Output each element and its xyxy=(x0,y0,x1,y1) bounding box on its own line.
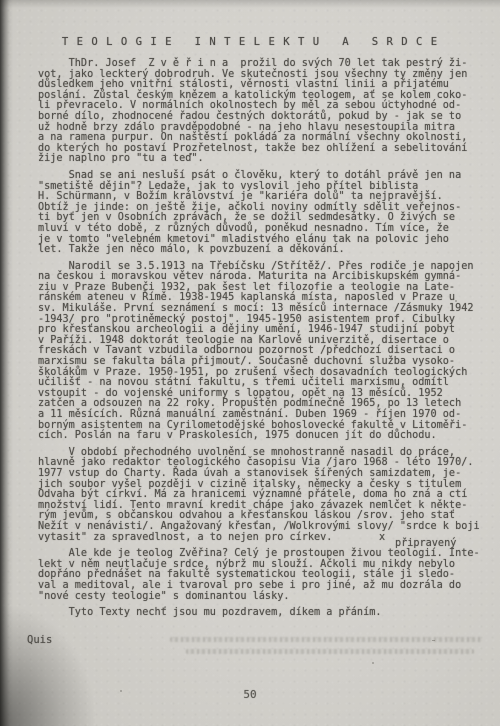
text-line: žije naplno pro "tu a teď". xyxy=(38,154,488,165)
scanned-document-page: { "page": { "title": "T E O L O G I E I … xyxy=(0,0,500,726)
document-body: ThDr. Josef Z v ě ř i n a prožil do svýc… xyxy=(38,59,488,625)
scan-speckle xyxy=(388,100,390,102)
page-number: 50 xyxy=(0,688,500,701)
bleedthrough-text-smudge xyxy=(186,649,474,654)
author-signature: Quis xyxy=(27,634,52,646)
text-line: Snad se ani nesluší psát o člověku, kter… xyxy=(38,171,488,182)
paragraph-closing: Tyto Texty nechť jsou mu pozdravem, díke… xyxy=(38,608,488,619)
text-line: cích. Poslán na faru v Praskolesích, 197… xyxy=(38,431,488,442)
text-line: "nové cesty teologie" s dominantou lásky… xyxy=(38,592,488,603)
scan-speckle xyxy=(455,300,457,302)
text-line: Nežít v nenávisti/. Angažovaný křesťan, … xyxy=(38,522,488,533)
scan-edge-shadow-top xyxy=(0,0,500,8)
bleedthrough-text-smudge xyxy=(170,637,482,642)
text-line: Tyto Texty nechť jsou mu pozdravem, díke… xyxy=(38,608,488,619)
text-line: mluví v této době, z různých důvodů, pon… xyxy=(38,224,488,235)
text-line: val a meditoval, ale i tvaroval pro sebe… xyxy=(38,581,488,592)
paragraph-charta: x připravený V období přechodného uvolně… xyxy=(38,448,488,543)
text-line: let. Takže jen něco málo, k povzbuzení a… xyxy=(38,245,488,256)
text-line: borné dílo, zhodnocené řadou čestných do… xyxy=(38,112,488,123)
page-title: T E O L O G I E I N T E L E K T U A S R … xyxy=(0,36,500,48)
scan-speckle xyxy=(432,640,435,641)
paragraph-teolog-zverina: Ale kde je teolog Zvěřina? Celý je prost… xyxy=(38,549,488,602)
paragraph-biography: Narodil se 3.5.1913 na Třebíčsku /Střítě… xyxy=(38,262,488,442)
text-line: a 11 měsících. Různá manuální zaměstnání… xyxy=(38,410,488,421)
typed-correction-mark: x xyxy=(379,532,385,543)
paragraph-intro: ThDr. Josef Z v ě ř i n a prožil do svýc… xyxy=(38,59,488,165)
paragraph-smetiste-dejin: Snad se ani nesluší psát o člověku, kter… xyxy=(38,171,488,256)
text-line: ThDr. Josef Z v ě ř i n a prožil do svýc… xyxy=(38,59,488,70)
scan-speckle xyxy=(120,690,122,692)
text-line: 1977 vstup do Charty. Řada úvah a stanov… xyxy=(38,469,488,480)
scan-speckle xyxy=(372,662,374,664)
